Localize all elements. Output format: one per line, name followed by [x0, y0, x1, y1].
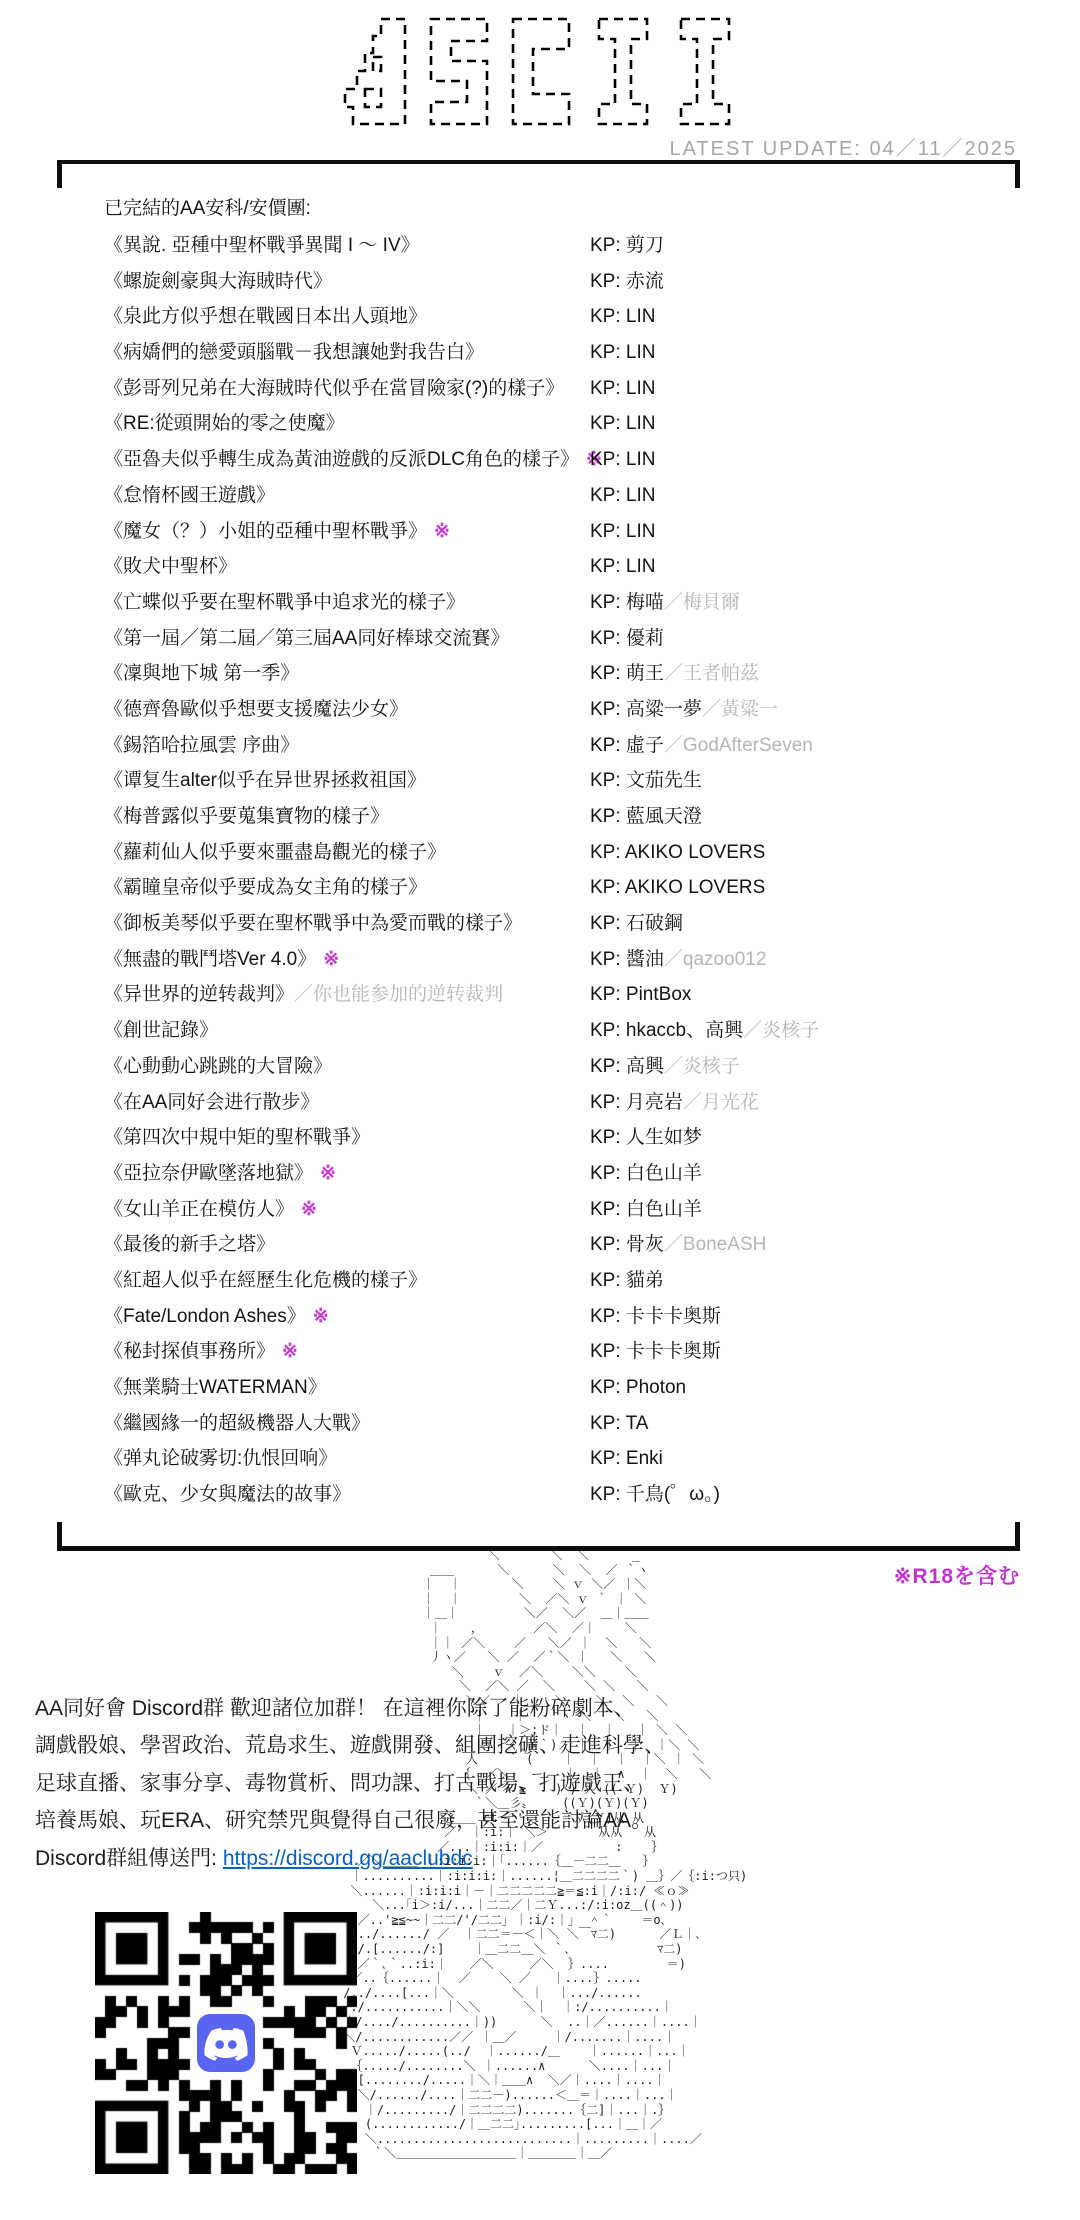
work-title-text: 《病嬌們的戀愛頭腦戰－我想讓她對我告白》: [104, 342, 484, 363]
work-title-text: 《無盡的戰鬥塔Ver 4.0》: [104, 949, 316, 970]
kp-name: LIN: [626, 306, 656, 327]
frame-corner: [57, 164, 62, 188]
r18-mark: ※: [323, 949, 339, 970]
kp-credit: KP: TA: [590, 1406, 648, 1442]
kp-name: AKIKO LOVERS: [625, 842, 765, 863]
work-title-text: 《泉此方似乎想在戰國日本出人頭地》: [104, 306, 427, 327]
list-item: 《歐克、少女與魔法的故事》 KP: 千鳥(゜ω。): [57, 1477, 1020, 1513]
kp-credit: KP: LIN: [590, 335, 655, 371]
work-title-text: 《御板美琴似乎要在聖杯戰爭中為愛而戰的樣子》: [104, 913, 522, 934]
list-frame-top: [57, 160, 1020, 188]
work-title: 《亞拉奈伊歐墜落地獄》※: [104, 1163, 336, 1184]
list-item: 《螺旋劍豪與大海賊時代》 KP: 赤流: [57, 264, 1020, 300]
list-item: 《德齊魯歐似乎想要支援魔法少女》 KP: 高粱一夢／黃粱一: [57, 692, 1020, 728]
kp-prefix: KP:: [590, 1413, 626, 1434]
kp-prefix: KP:: [590, 521, 626, 542]
list-item: 《無盡的戰鬥塔Ver 4.0》※ KP: 醬油／qazoo012: [57, 942, 1020, 978]
kp-name: 骨灰: [626, 1234, 664, 1255]
kp-credit: KP: 骨灰／BoneASH: [590, 1227, 766, 1263]
work-title-text: 《無業騎士WATERMAN》: [104, 1377, 327, 1398]
list-item: 《病嬌們的戀愛頭腦戰－我想讓她對我告白》 KP: LIN: [57, 335, 1020, 371]
kp-name: 梅喵: [626, 592, 664, 613]
kp-prefix: KP:: [590, 235, 626, 256]
kp-name: 千鳥(゜ω。): [626, 1484, 720, 1505]
kp-credit: KP: 文茄先生: [590, 763, 702, 799]
kp-prefix: KP:: [590, 413, 626, 434]
list-item: 《蘿莉仙人似乎要來噩盡島觀光的樣子》 KP: AKIKO LOVERS: [57, 835, 1020, 871]
list-item: 《創世記錄》 KP: hkaccb、高興／炎核子: [57, 1013, 1020, 1049]
work-title-text: 《怠惰杯國王遊戲》: [104, 485, 275, 506]
work-title-text: 《弹丸论破雾切:仇恨回响》: [104, 1448, 337, 1469]
completed-works-list: 已完結的AA安科/安價團: 《異說. 亞種中聖杯戰爭異聞 I ～ IV》 KP:…: [57, 190, 1020, 1513]
work-title-text: 《亞拉奈伊歐墜落地獄》: [104, 1163, 313, 1184]
kp-credit: KP: 赤流: [590, 264, 664, 300]
list-item: 《女山羊正在模仿人》※ KP: 白色山羊: [57, 1192, 1020, 1228]
r18-mark: ※: [320, 1163, 336, 1184]
kp-prefix: KP:: [590, 1056, 626, 1077]
work-title-text: 《敗犬中聖杯》: [104, 556, 237, 577]
work-title: 《第四次中規中矩的聖杯戰爭》: [104, 1127, 370, 1148]
kp-prefix: KP:: [590, 806, 626, 827]
work-title: 《紅超人似乎在經歷生化危機的樣子》: [104, 1270, 427, 1291]
kp-prefix: KP:: [590, 592, 626, 613]
kp-prefix: KP:: [590, 984, 626, 1005]
latest-update-label: LATEST UPDATE: 04／11／2025: [669, 132, 1017, 161]
work-title-text: 《德齊魯歐似乎想要支援魔法少女》: [104, 699, 408, 720]
kp-prefix: KP:: [590, 949, 626, 970]
kp-name: LIN: [626, 413, 656, 434]
r18-mark: ※: [282, 1341, 298, 1362]
kp-prefix: KP:: [590, 1234, 626, 1255]
kp-credit: KP: Enki: [590, 1441, 663, 1477]
kp-credit: KP: 藍風天澄: [590, 799, 702, 835]
kp-name: LIN: [626, 556, 656, 577]
kp-prefix: KP:: [590, 1020, 626, 1041]
work-title-text: 《最後的新手之塔》: [104, 1234, 275, 1255]
work-title: 《敗犬中聖杯》: [104, 556, 237, 577]
kp-prefix: KP:: [590, 842, 625, 863]
kp-name: PintBox: [626, 984, 691, 1005]
list-item: 《RE:從頭開始的零之使魔》 KP: LIN: [57, 406, 1020, 442]
work-title: 《無盡的戰鬥塔Ver 4.0》※: [104, 949, 339, 970]
kp-name: 醬油: [626, 949, 664, 970]
kp-credit: KP: 梅喵／梅貝爾: [590, 585, 740, 621]
work-title-text: 《谭复生alter似乎在异世界拯救祖国》: [104, 770, 426, 791]
list-item: 《繼國緣一的超級機器人大戰》 KP: TA: [57, 1406, 1020, 1442]
work-title: 《第一屆／第二屆／第三屆AA同好棒球交流賽》: [104, 628, 509, 649]
kp-prefix: KP:: [590, 1341, 626, 1362]
frame-corner: [1015, 164, 1020, 188]
kp-name: 石破鋼: [626, 913, 683, 934]
kp-credit: KP: 白色山羊: [590, 1192, 702, 1228]
kp-alt-name: ／月光花: [683, 1092, 759, 1113]
work-title-text: 《亞魯夫似乎轉生成為黃油遊戲的反派DLC角色的樣子》: [104, 449, 579, 470]
list-item: 《第四次中規中矩的聖杯戰爭》 KP: 人生如梦: [57, 1120, 1020, 1156]
kp-credit: KP: AKIKO LOVERS: [590, 835, 765, 871]
kp-name: 卡卡卡奥斯: [626, 1306, 721, 1327]
kp-prefix: KP:: [590, 1163, 626, 1184]
list-item: 《第一屆／第二屆／第三屆AA同好棒球交流賽》 KP: 優莉: [57, 621, 1020, 657]
work-title: 《彭哥列兄弟在大海賊時代似乎在當冒險家(?)的樣子》: [104, 378, 564, 399]
list-item: 《亞拉奈伊歐墜落地獄》※ KP: 白色山羊: [57, 1156, 1020, 1192]
kp-prefix: KP:: [590, 735, 626, 756]
work-title-text: 《創世記錄》: [104, 1020, 218, 1041]
work-title-text: 《心動動心跳跳的大冒險》: [104, 1056, 332, 1077]
letter-I: [681, 19, 729, 124]
kp-prefix: KP:: [590, 1270, 626, 1291]
kp-credit: KP: LIN: [590, 478, 655, 514]
kp-credit: KP: 虛子／GodAfterSeven: [590, 728, 813, 764]
kp-name: 優莉: [626, 628, 664, 649]
work-title-text: 《霸瞳皇帝似乎要成為女主角的樣子》: [104, 877, 427, 898]
kp-prefix: KP:: [590, 556, 626, 577]
kp-prefix: KP:: [590, 1199, 626, 1220]
kp-prefix: KP:: [590, 1484, 626, 1505]
work-title-text: 《螺旋劍豪與大海賊時代》: [104, 271, 332, 292]
kp-credit: KP: LIN: [590, 406, 655, 442]
work-title-text: 《第四次中規中矩的聖杯戰爭》: [104, 1127, 370, 1148]
aa-list-rows: 《異說. 亞種中聖杯戰爭異聞 I ～ IV》 KP: 剪刀 《螺旋劍豪與大海賊時…: [57, 228, 1020, 1513]
work-title-text: 《异世界的逆转裁判》: [104, 984, 294, 1005]
kp-prefix: KP:: [590, 628, 626, 649]
kp-credit: KP: 貓弟: [590, 1263, 664, 1299]
work-title: 《Fate/London Ashes》※: [104, 1306, 329, 1327]
kp-name: LIN: [626, 449, 656, 470]
kp-name: LIN: [626, 485, 656, 506]
kp-prefix: KP:: [590, 378, 626, 399]
kp-credit: KP: 萌王／王者帕茲: [590, 656, 759, 692]
kp-name: 人生如梦: [626, 1127, 702, 1148]
kp-credit: KP: 剪刀: [590, 228, 664, 264]
discord-portal-label: Discord群組傳送門:: [35, 1847, 223, 1870]
kp-name: 剪刀: [626, 235, 664, 256]
work-title-text: 《梅普露似乎要蒐集寶物的樣子》: [104, 806, 389, 827]
work-title-text: 《RE:從頭開始的零之使魔》: [104, 413, 345, 434]
kp-name: 虛子: [626, 735, 664, 756]
list-frame-bottom: [57, 1522, 1020, 1551]
kp-name: 文茄先生: [626, 770, 702, 791]
kp-name: Enki: [626, 1448, 663, 1469]
work-title: 《最後的新手之塔》: [104, 1234, 275, 1255]
list-heading: 已完結的AA安科/安價團:: [104, 190, 1020, 228]
list-item: 《霸瞳皇帝似乎要成為女主角的樣子》 KP: AKIKO LOVERS: [57, 870, 1020, 906]
kp-credit: KP: PintBox: [590, 977, 691, 1013]
kp-prefix: KP:: [590, 877, 625, 898]
list-item: 《御板美琴似乎要在聖杯戰爭中為愛而戰的樣子》 KP: 石破鋼: [57, 906, 1020, 942]
work-title: 《谭复生alter似乎在异世界拯救祖国》: [104, 770, 426, 791]
work-title: 《女山羊正在模仿人》※: [104, 1199, 317, 1220]
work-title: 《病嬌們的戀愛頭腦戰－我想讓她對我告白》: [104, 342, 484, 363]
kp-prefix: KP:: [590, 1127, 626, 1148]
discord-qr-block: [95, 1912, 357, 2174]
list-item: 《泉此方似乎想在戰國日本出人頭地》 KP: LIN: [57, 299, 1020, 335]
work-title: 《霸瞳皇帝似乎要成為女主角的樣子》: [104, 877, 427, 898]
kp-prefix: KP:: [590, 663, 626, 684]
kp-name: 貓弟: [626, 1270, 664, 1291]
kp-credit: KP: LIN: [590, 299, 655, 335]
kp-credit: KP: 醬油／qazoo012: [590, 942, 766, 978]
kp-prefix: KP:: [590, 271, 626, 292]
work-title-text: 《蘿莉仙人似乎要來噩盡島觀光的樣子》: [104, 842, 446, 863]
work-title: 《錫箔哈拉風雲 序曲》: [104, 735, 299, 756]
kp-credit: KP: 白色山羊: [590, 1156, 702, 1192]
kp-name: 白色山羊: [626, 1163, 702, 1184]
kp-name: 高粱一夢: [626, 699, 702, 720]
work-title-text: 《錫箔哈拉風雲 序曲》: [104, 735, 299, 756]
kp-name: LIN: [626, 521, 656, 542]
work-title: 《心動動心跳跳的大冒險》: [104, 1056, 332, 1077]
work-title-text: 《秘封探偵事務所》: [104, 1341, 275, 1362]
work-title: 《亞魯夫似乎轉生成為黃油遊戲的反派DLC角色的樣子》※: [104, 449, 602, 470]
kp-prefix: KP:: [590, 1092, 626, 1113]
kp-prefix: KP:: [590, 1306, 626, 1327]
kp-credit: KP: 高粱一夢／黃粱一: [590, 692, 778, 728]
work-title-text: 《Fate/London Ashes》: [104, 1306, 306, 1327]
ascii-art-logo: [340, 16, 740, 128]
kp-prefix: KP:: [590, 770, 626, 791]
work-title-text: 《第一屆／第二屆／第三屆AA同好棒球交流賽》: [104, 628, 509, 649]
letter-C: [513, 19, 569, 124]
kp-prefix: KP:: [590, 913, 626, 934]
work-title: 《RE:從頭開始的零之使魔》: [104, 413, 345, 434]
kp-credit: KP: LIN: [590, 549, 655, 585]
kp-credit: KP: 優莉: [590, 621, 664, 657]
work-title-text: 《在AA同好会进行散步》: [104, 1092, 319, 1113]
kp-alt-name: ／王者帕茲: [664, 663, 759, 684]
work-title-text: 《歐克、少女與魔法的故事》: [104, 1484, 351, 1505]
kp-prefix: KP:: [590, 1377, 626, 1398]
letter-A: [345, 19, 405, 124]
kp-credit: KP: Photon: [590, 1370, 686, 1406]
list-item: 《魔女（？）小姐的亞種中聖杯戰爭》※ KP: LIN: [57, 514, 1020, 550]
work-title: 《蘿莉仙人似乎要來噩盡島觀光的樣子》: [104, 842, 446, 863]
work-title: 《怠惰杯國王遊戲》: [104, 485, 275, 506]
list-item: 《錫箔哈拉風雲 序曲》 KP: 虛子／GodAfterSeven: [57, 728, 1020, 764]
work-title-text: 《凜與地下城 第一季》: [104, 663, 299, 684]
work-title-text: 《繼國緣一的超級機器人大戰》: [104, 1413, 370, 1434]
kp-name: 卡卡卡奥斯: [626, 1341, 721, 1362]
work-title-text: 《彭哥列兄弟在大海賊時代似乎在當冒險家(?)的樣子》: [104, 378, 564, 399]
r18-note: ※R18を含む: [894, 1560, 1020, 1590]
list-item: 《異說. 亞種中聖杯戰爭異聞 I ～ IV》 KP: 剪刀: [57, 228, 1020, 264]
work-title: 《異說. 亞種中聖杯戰爭異聞 I ～ IV》: [104, 235, 420, 256]
work-title-text: 《紅超人似乎在經歷生化危機的樣子》: [104, 1270, 427, 1291]
work-title: 《在AA同好会进行散步》: [104, 1092, 319, 1113]
work-title-text: 《異說. 亞種中聖杯戰爭異聞 I ～ IV》: [104, 235, 420, 256]
work-title: 《泉此方似乎想在戰國日本出人頭地》: [104, 306, 427, 327]
kp-name: 藍風天澄: [626, 806, 702, 827]
work-title-text: 《亡蝶似乎要在聖杯戰爭中追求光的樣子》: [104, 592, 465, 613]
kp-prefix: KP:: [590, 342, 626, 363]
work-title: 《無業騎士WATERMAN》: [104, 1377, 327, 1398]
work-title: 《德齊魯歐似乎想要支援魔法少女》: [104, 699, 408, 720]
kp-name: 高興: [626, 1056, 664, 1077]
kp-name: 萌王: [626, 663, 664, 684]
work-title: 《御板美琴似乎要在聖杯戰爭中為愛而戰的樣子》: [104, 913, 522, 934]
kp-alt-name: ／炎核子: [743, 1020, 819, 1041]
kp-alt-name: ／BoneASH: [664, 1234, 766, 1255]
ascii-art-character: ＼ ＼ ＼ _ ＿＿ ＼ ＼ ＼ ／ ｀ヽ ｜ ｜ ＼ ＼ ｖ ＼／ ｜＼ ｜ …: [336, 1548, 747, 2161]
work-title: 《梅普露似乎要蒐集寶物的樣子》: [104, 806, 389, 827]
kp-credit: KP: 高興／炎核子: [590, 1049, 740, 1085]
letter-I: [599, 19, 647, 124]
kp-name: hkaccb、高興: [626, 1020, 743, 1041]
work-title-alt: ／你也能参加的逆转裁判: [294, 984, 503, 1005]
list-item: 《梅普露似乎要蒐集寶物的樣子》 KP: 藍風天澄: [57, 799, 1020, 835]
work-title: 《秘封探偵事務所》※: [104, 1341, 298, 1362]
list-item: 《弹丸论破雾切:仇恨回响》 KP: Enki: [57, 1441, 1020, 1477]
kp-credit: KP: 卡卡卡奥斯: [590, 1334, 721, 1370]
list-item: 《亞魯夫似乎轉生成為黃油遊戲的反派DLC角色的樣子》※ KP: LIN: [57, 442, 1020, 478]
kp-alt-name: ／GodAfterSeven: [664, 735, 813, 756]
kp-name: 赤流: [626, 271, 664, 292]
list-item: 《彭哥列兄弟在大海賊時代似乎在當冒險家(?)的樣子》 KP: LIN: [57, 371, 1020, 407]
kp-prefix: KP:: [590, 306, 626, 327]
list-item: 《凜與地下城 第一季》 KP: 萌王／王者帕茲: [57, 656, 1020, 692]
kp-prefix: KP:: [590, 449, 626, 470]
kp-name: LIN: [626, 378, 656, 399]
list-item: 《怠惰杯國王遊戲》 KP: LIN: [57, 478, 1020, 514]
kp-prefix: KP:: [590, 1448, 626, 1469]
frame-corner: [57, 1522, 62, 1546]
list-item: 《敗犬中聖杯》 KP: LIN: [57, 549, 1020, 585]
kp-credit: KP: 千鳥(゜ω。): [590, 1477, 720, 1513]
list-item: 《亡蝶似乎要在聖杯戰爭中追求光的樣子》 KP: 梅喵／梅貝爾: [57, 585, 1020, 621]
kp-name: LIN: [626, 342, 656, 363]
work-title: 《亡蝶似乎要在聖杯戰爭中追求光的樣子》: [104, 592, 465, 613]
kp-credit: KP: 石破鋼: [590, 906, 683, 942]
list-item: 《Fate/London Ashes》※ KP: 卡卡卡奥斯: [57, 1299, 1020, 1335]
kp-credit: KP: AKIKO LOVERS: [590, 870, 765, 906]
kp-name: Photon: [626, 1377, 686, 1398]
page: LATEST UPDATE: 04／11／2025 已完結的AA安科/安價團: …: [0, 0, 1080, 2220]
r18-mark: ※: [301, 1199, 317, 1220]
discord-logo-icon: [197, 2014, 255, 2072]
kp-credit: KP: LIN: [590, 514, 655, 550]
kp-alt-name: ／黃粱一: [702, 699, 778, 720]
kp-credit: KP: LIN: [590, 442, 655, 478]
list-item: 《紅超人似乎在經歷生化危機的樣子》 KP: 貓弟: [57, 1263, 1020, 1299]
kp-name: 白色山羊: [626, 1199, 702, 1220]
kp-credit: KP: LIN: [590, 371, 655, 407]
list-item: 《秘封探偵事務所》※ KP: 卡卡卡奥斯: [57, 1334, 1020, 1370]
kp-alt-name: ／梅貝爾: [664, 592, 740, 613]
r18-mark: ※: [313, 1306, 329, 1327]
kp-credit: KP: 卡卡卡奥斯: [590, 1299, 721, 1335]
work-title: 《繼國緣一的超級機器人大戰》: [104, 1413, 370, 1434]
work-title: 《弹丸论破雾切:仇恨回响》: [104, 1448, 337, 1469]
kp-name: AKIKO LOVERS: [625, 877, 765, 898]
work-title: 《螺旋劍豪與大海賊時代》: [104, 271, 332, 292]
list-item: 《無業騎士WATERMAN》 KP: Photon: [57, 1370, 1020, 1406]
list-item: 《最後的新手之塔》 KP: 骨灰／BoneASH: [57, 1227, 1020, 1263]
work-title: 《創世記錄》: [104, 1020, 218, 1041]
list-item: 《在AA同好会进行散步》 KP: 月亮岩／月光花: [57, 1085, 1020, 1121]
kp-credit: KP: hkaccb、高興／炎核子: [590, 1013, 819, 1049]
kp-alt-name: ／炎核子: [664, 1056, 740, 1077]
kp-name: 月亮岩: [626, 1092, 683, 1113]
kp-alt-name: ／qazoo012: [664, 949, 766, 970]
list-item: 《谭复生alter似乎在异世界拯救祖国》 KP: 文茄先生: [57, 763, 1020, 799]
r18-mark: ※: [434, 521, 450, 542]
kp-name: TA: [626, 1413, 649, 1434]
frame-corner: [1015, 1522, 1020, 1546]
kp-credit: KP: 人生如梦: [590, 1120, 702, 1156]
work-title-text: 《魔女（？）小姐的亞種中聖杯戰爭》: [104, 521, 427, 542]
kp-prefix: KP:: [590, 485, 626, 506]
kp-prefix: KP:: [590, 699, 626, 720]
list-item: 《心動動心跳跳的大冒險》 KP: 高興／炎核子: [57, 1049, 1020, 1085]
work-title: 《魔女（？）小姐的亞種中聖杯戰爭》※: [104, 521, 450, 542]
work-title-text: 《女山羊正在模仿人》: [104, 1199, 294, 1220]
work-title: 《歐克、少女與魔法的故事》: [104, 1484, 351, 1505]
work-title: 《异世界的逆转裁判》／你也能参加的逆转裁判: [104, 984, 503, 1005]
work-title: 《凜與地下城 第一季》: [104, 663, 299, 684]
kp-credit: KP: 月亮岩／月光花: [590, 1085, 759, 1121]
letter-S: [431, 19, 487, 124]
list-item: 《异世界的逆转裁判》／你也能参加的逆转裁判 KP: PintBox: [57, 977, 1020, 1013]
